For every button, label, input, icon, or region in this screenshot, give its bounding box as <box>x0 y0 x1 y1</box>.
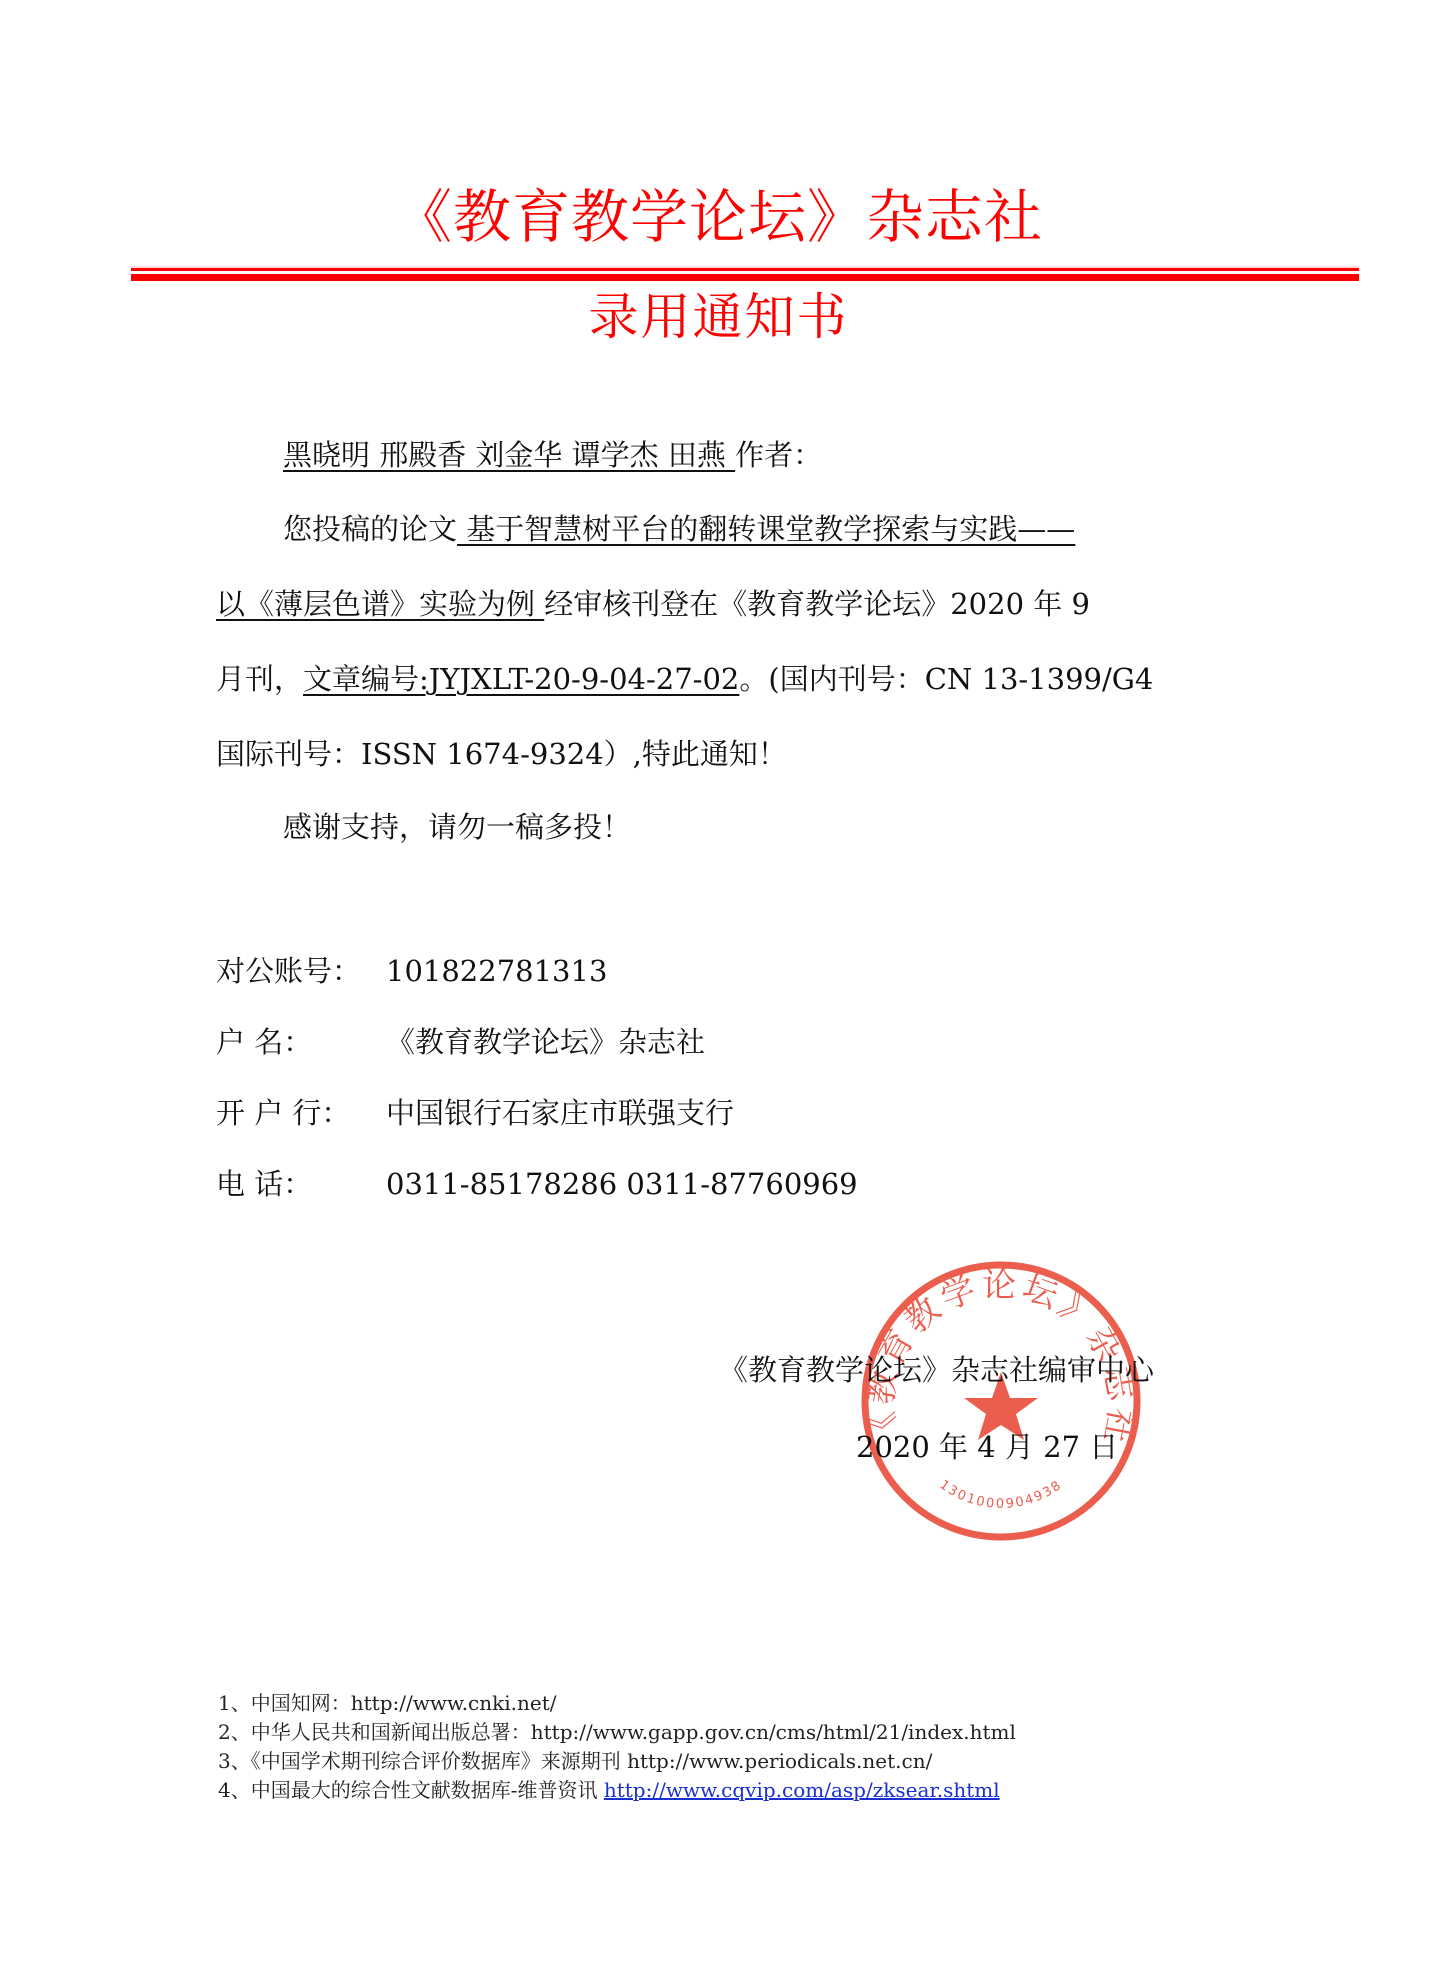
signature-org: 《教育教学论坛》杂志社编审中心 <box>719 1356 1154 1385</box>
ref-url: http://www.gapp.gov.cn/cms/html/21/index… <box>531 1720 1016 1744</box>
account-label: 对公账号： <box>216 957 386 986</box>
authors-suffix: 作者： <box>735 438 822 472</box>
footer-ref-4: 4、中国最大的综合性文献数据库-维普资讯 http://www.cqvip.co… <box>218 1780 1000 1800</box>
svg-text:1301000904938: 1301000904938 <box>937 1477 1066 1511</box>
ref-label: 3、《中国学术期刊综合评价数据库》来源期刊 <box>218 1749 627 1773</box>
paper-title-part1: 基于智慧树平台的翻转课堂教学探索与实践—— <box>457 512 1075 546</box>
authors-names: 黑晓明 邢殿香 刘金华 谭学杰 田燕 <box>283 438 735 472</box>
header-rule-thick <box>131 274 1359 281</box>
para-line3-suffix: 。(国内刊号：CN 13-1399/G4 <box>739 662 1153 696</box>
paragraph-line-4: 国际刊号：ISSN 1674-9324）,特此通知！ <box>216 740 787 769</box>
ref-url: http://www.periodicals.net.cn/ <box>627 1749 932 1773</box>
account-value: 101822781313 <box>386 954 607 988</box>
footer-ref-2: 2、中华人民共和国新闻出版总署：http://www.gapp.gov.cn/c… <box>218 1722 1016 1742</box>
para-prefix: 您投稿的论文 <box>283 512 457 546</box>
official-seal-icon: 《教育教学论坛》杂志社 1301000904938 <box>860 1260 1142 1542</box>
phone-value: 0311-85178286 0311-87760969 <box>386 1167 858 1201</box>
footer-ref-1: 1、中国知网：http://www.cnki.net/ <box>218 1693 557 1713</box>
notice-title: 录用通知书 <box>0 292 1437 342</box>
account-name-value: 《教育教学论坛》杂志社 <box>386 1025 705 1059</box>
authors-line: 黑晓明 邢殿香 刘金华 谭学杰 田燕 作者： <box>283 441 822 470</box>
account-name-label: 户 名： <box>216 1028 386 1057</box>
seal-number: 1301000904938 <box>937 1477 1066 1511</box>
thanks-line: 感谢支持，请勿一稿多投！ <box>283 813 631 842</box>
ref-label: 1、中国知网： <box>218 1691 351 1715</box>
bank-label: 开 户 行： <box>216 1099 386 1128</box>
paragraph-line-1: 您投稿的论文 基于智慧树平台的翻转课堂教学探索与实践—— <box>283 515 1075 544</box>
header-rule-thin <box>131 268 1359 271</box>
masthead-title: 《教育教学论坛》杂志社 <box>0 188 1437 246</box>
para-mid: 经审核刊登在《教育教学论坛》2020 年 9 <box>544 587 1090 621</box>
ref-url: http://www.cnki.net/ <box>351 1691 557 1715</box>
paper-title-part2: 以《薄层色谱》实验为例 <box>216 587 544 621</box>
phone-label: 电 话： <box>216 1170 386 1199</box>
ref-label: 2、中华人民共和国新闻出版总署： <box>218 1720 531 1744</box>
account-row-number: 对公账号：101822781313 <box>216 957 607 986</box>
account-row-name: 户 名：《教育教学论坛》杂志社 <box>216 1028 705 1057</box>
account-row-phone: 电 话：0311-85178286 0311-87760969 <box>216 1170 858 1199</box>
footer-ref-3: 3、《中国学术期刊综合评价数据库》来源期刊 http://www.periodi… <box>218 1751 932 1771</box>
signature-date: 2020 年 4 月 27 日 <box>856 1433 1118 1462</box>
bank-value: 中国银行石家庄市联强支行 <box>386 1096 734 1130</box>
paragraph-line-3: 月刊，文章编号:JYJXLT-20-9-04-27-02。(国内刊号：CN 13… <box>216 665 1153 694</box>
cqvip-link[interactable]: http://www.cqvip.com/asp/zksear.shtml <box>604 1778 1000 1802</box>
account-row-bank: 开 户 行：中国银行石家庄市联强支行 <box>216 1099 734 1128</box>
ref-label: 4、中国最大的综合性文献数据库-维普资讯 <box>218 1778 604 1802</box>
article-number: 文章编号:JYJXLT-20-9-04-27-02 <box>303 662 739 696</box>
para-line3-prefix: 月刊， <box>216 662 303 696</box>
paragraph-line-2: 以《薄层色谱》实验为例 经审核刊登在《教育教学论坛》2020 年 9 <box>216 590 1090 619</box>
